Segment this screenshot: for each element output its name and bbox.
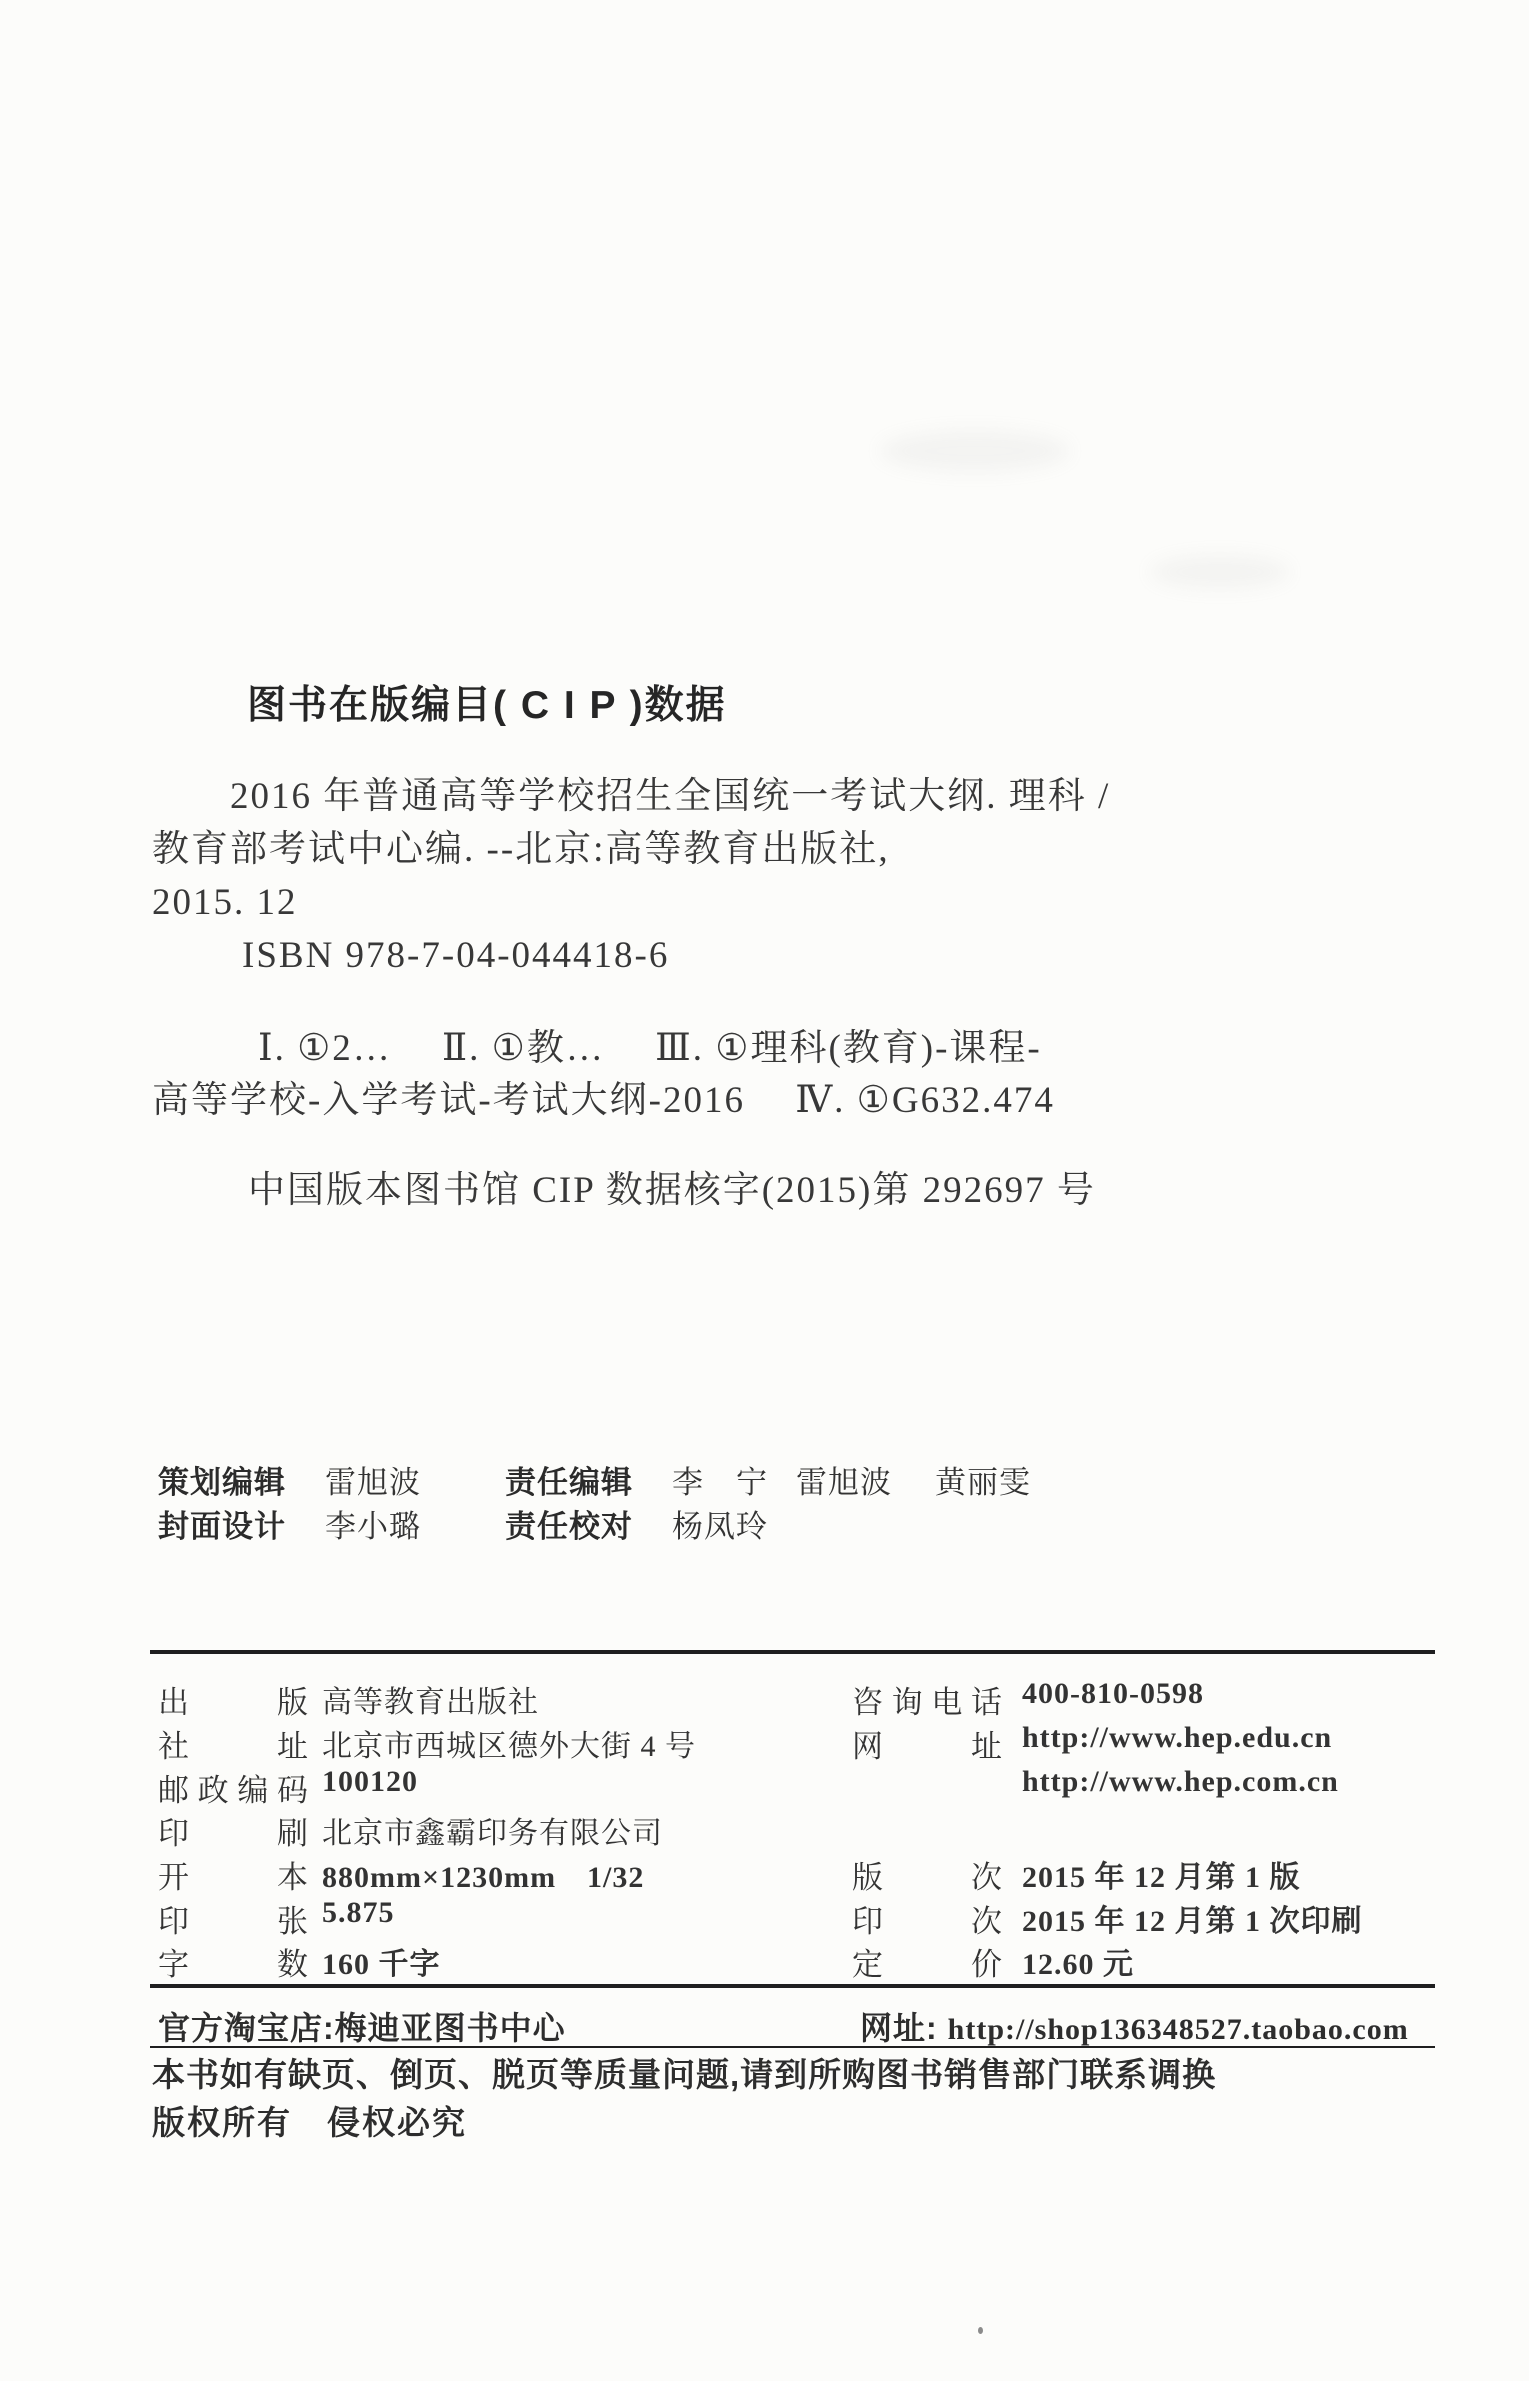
colophon-value: http://www.hep.com.cn: [1022, 1765, 1339, 1799]
cip-title-line: 2016 年普通高等学校招生全国统一考试大纲. 理科 /: [230, 778, 1110, 815]
taobao-url: http://shop136348527.taobao.com: [948, 2013, 1409, 2046]
colophon-label: 字数: [158, 1939, 308, 1984]
staff-name: 李小璐: [325, 1511, 421, 1542]
colophon-value: 2015 年 12 月第 1 次印刷: [1022, 1896, 1363, 1940]
colophon-row-sheets: 印张5.875: [158, 1896, 395, 1932]
staff-name: 雷旭波: [325, 1467, 421, 1498]
scan-smudge: [880, 430, 1070, 472]
divider: [150, 1984, 1435, 1988]
url-label: 网址:: [860, 2010, 938, 2046]
colophon-label: 定价: [852, 1939, 1002, 1984]
colophon-label: 邮政编码: [158, 1765, 308, 1810]
cip-date-line: 2015. 12: [152, 884, 298, 921]
colophon-row-edition: 版次2015 年 12 月第 1 版: [852, 1852, 1301, 1888]
scan-smudge: [1150, 555, 1290, 589]
colophon-value: 5.875: [322, 1896, 395, 1930]
colophon-row-wordcount: 字数160 千字: [158, 1939, 441, 1975]
colophon-label: 印张: [158, 1896, 308, 1941]
colophon-row-address: 社址北京市西城区德外大街 4 号: [158, 1721, 696, 1757]
colophon-value: 北京市西城区德外大街 4 号: [322, 1721, 696, 1765]
colophon-row-printer: 印刷北京市鑫霸印务有限公司: [158, 1808, 663, 1844]
isbn-line: ISBN 978-7-04-044418-6: [242, 937, 669, 974]
classification-line-2: 高等学校-入学考试-考试大纲-2016 Ⅳ. ①G632.474: [152, 1082, 1055, 1119]
cip-publisher-line: 教育部考试中心编. --北京:高等教育出版社,: [152, 831, 890, 868]
colophon-row-format: 开本880mm×1230mm 1/32: [158, 1852, 644, 1888]
colophon-label: 咨询电话: [852, 1677, 1002, 1722]
colophon-row-website-1: 网址http://www.hep.edu.cn: [852, 1721, 1332, 1757]
colophon-value: 160 千字: [322, 1939, 441, 1983]
colophon-value: 400-810-0598: [1022, 1677, 1204, 1711]
colophon-row-publisher: 出版高等教育出版社: [158, 1677, 539, 1713]
colophon-label: 出版: [158, 1677, 308, 1722]
staff-name: 杨凤玲: [672, 1511, 768, 1542]
colophon-label: 网址: [852, 1721, 1002, 1766]
colophon-label: 印刷: [158, 1808, 308, 1853]
colophon-value: http://www.hep.edu.cn: [1022, 1721, 1332, 1755]
staff-label-proofreader: 责任校对: [505, 1511, 633, 1542]
colophon-value: 北京市鑫霸印务有限公司: [322, 1808, 663, 1852]
cip-heading: 图书在版编目( C I P )数据: [247, 686, 727, 725]
colophon-value: 880mm×1230mm 1/32: [322, 1852, 644, 1896]
colophon-label: 印次: [852, 1896, 1002, 1941]
scan-speck: [978, 2327, 983, 2334]
staff-name: 黄丽雯: [935, 1467, 1031, 1498]
colophon-label: 版次: [852, 1852, 1002, 1897]
staff-name: 雷旭波: [796, 1467, 892, 1498]
divider: [150, 2046, 1435, 2048]
colophon-row-website-2: http://www.hep.com.cn: [852, 1765, 1339, 1801]
colophon-row-impression: 印次2015 年 12 月第 1 次印刷: [852, 1896, 1363, 1932]
taobao-store-line: 官方淘宝店:梅迪亚图书中心: [158, 2012, 566, 2044]
colophon-value: 100120: [322, 1765, 418, 1799]
colophon-row-hotline: 咨询电话400-810-0598: [852, 1677, 1204, 1713]
colophon-value: 2015 年 12 月第 1 版: [1022, 1852, 1301, 1896]
colophon-row-price: 定价12.60 元: [852, 1939, 1134, 1975]
colophon-row-postcode: 邮政编码100120: [158, 1765, 418, 1801]
taobao-url-line: 网址:http://shop136348527.taobao.com: [860, 2012, 1409, 2045]
staff-label-cover-design: 封面设计: [158, 1511, 286, 1542]
staff-name: 李 宁: [672, 1467, 768, 1498]
quality-note: 本书如有缺页、倒页、脱页等质量问题,请到所购图书销售部门联系调换: [152, 2058, 1216, 2091]
colophon-label: 开本: [158, 1852, 308, 1897]
divider: [150, 1650, 1435, 1654]
copyright-page: 图书在版编目( C I P )数据 2016 年普通高等学校招生全国统一考试大纲…: [0, 0, 1529, 2381]
staff-label-responsible-editor: 责任编辑: [505, 1467, 633, 1498]
copyright-notice: 版权所有 侵权必究: [152, 2106, 467, 2139]
colophon-value: 12.60 元: [1022, 1939, 1134, 1983]
classification-line-1: Ⅰ. ①2… Ⅱ. ①教… Ⅲ. ①理科(教育)-课程-: [258, 1030, 1042, 1067]
staff-label-planning-editor: 策划编辑: [158, 1467, 286, 1498]
colophon-label: 社址: [158, 1721, 308, 1766]
colophon-value: 高等教育出版社: [322, 1677, 539, 1721]
cip-record-line: 中国版本图书馆 CIP 数据核字(2015)第 292697 号: [248, 1172, 1096, 1209]
